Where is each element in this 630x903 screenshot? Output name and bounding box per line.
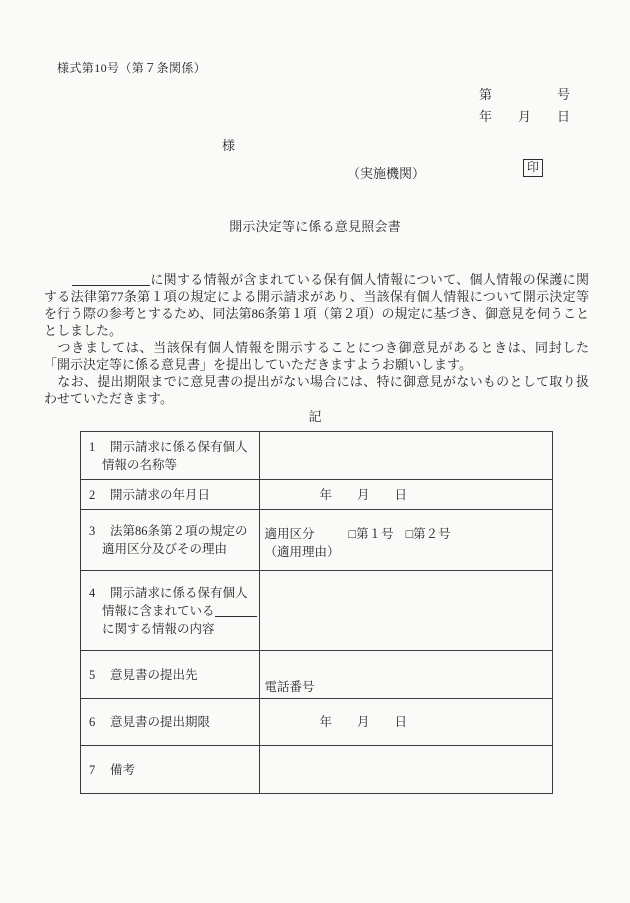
- row-3-label: 3法第86条第２項の規定の 適用区分及びその理由: [81, 519, 259, 561]
- row-number: 1: [89, 438, 110, 456]
- addressee-honorific: 様: [222, 135, 235, 154]
- form-number: 様式第10号（第７条関係）: [57, 59, 206, 76]
- row-label-line: 情報に含まれている: [102, 604, 215, 618]
- checkbox-option-no1: □第１号: [349, 527, 394, 541]
- table-row-4: 4開示請求に係る保有個人 情報に含まれている に関する情報の内容: [81, 571, 553, 651]
- row-1-value-empty: [259, 432, 552, 480]
- issue-date-line: 年 月 日: [479, 106, 570, 125]
- row-label-line: 備考: [110, 761, 135, 779]
- phone-number-label: 電話番号: [265, 678, 315, 696]
- row-4-label: 4開示請求に係る保有個人 情報に含まれている に関する情報の内容: [81, 581, 259, 641]
- row-label-line: 開示請求の年月日: [110, 486, 210, 504]
- body-paragraph-1: に関する情報が含まれている保有個人情報について、個人情報の保護に関する法律第77…: [44, 271, 589, 339]
- body-text: に関する情報が含まれている保有個人情報について、個人情報の保護に関する法律第77…: [44, 271, 589, 407]
- table-row-6: 6意見書の提出期限 年 月 日: [81, 699, 553, 746]
- row-label-line: に関する情報の内容: [89, 620, 257, 638]
- row-label-line: 開示請求に係る保有個人: [110, 438, 248, 456]
- row-label-line: 開示請求に係る保有個人: [110, 584, 248, 602]
- application-category-line: 適用区分□第１号□第２号: [265, 525, 548, 543]
- row-label-line: 情報の名称等: [89, 456, 257, 474]
- row-5-label: 5意見書の提出先: [81, 663, 259, 687]
- document-page: 様式第10号（第７条関係） 第 号 年 月 日 様 （実施機関） 印 開示決定等…: [0, 0, 630, 903]
- fill-in-blank-underline: [72, 285, 150, 286]
- row-number: 7: [89, 761, 110, 779]
- table-row-5: 5意見書の提出先 電話番号: [81, 651, 553, 699]
- issuing-agency-label: （実施機関）: [347, 163, 425, 182]
- row-number: 6: [89, 713, 110, 731]
- fill-in-blank-underline: [215, 616, 257, 617]
- row-6-label: 6意見書の提出期限: [81, 710, 259, 734]
- application-reason-label: （適用理由）: [265, 543, 548, 561]
- category-label: 適用区分: [265, 527, 315, 541]
- row-label-line: 意見書の提出先: [110, 666, 198, 684]
- deadline-date-placeholder: 年 月 日: [259, 699, 552, 746]
- body-paragraph-3: なお、提出期限までに意見書の提出がない場合には、特に御意見がないものとして取り扱…: [44, 373, 589, 407]
- checkbox-option-no2: □第２号: [406, 527, 451, 541]
- row-4-value-empty: [259, 571, 552, 651]
- row-2-label: 2開示請求の年月日: [81, 483, 259, 507]
- request-date-placeholder: 年 月 日: [259, 480, 552, 510]
- row-label-line: 適用区分及びその理由: [89, 540, 257, 558]
- body-paragraph-2: つきましては、当該保有個人情報を開示することにつき御意見があるときは、同封した「…: [44, 339, 589, 373]
- row-label-line: 法第86条第２項の規定の: [110, 522, 248, 540]
- seal-stamp: 印: [523, 159, 543, 177]
- row-number: 5: [89, 666, 110, 684]
- table-row-2: 2開示請求の年月日 年 月 日: [81, 480, 553, 510]
- row-label-line: 意見書の提出期限: [110, 713, 210, 731]
- row-number: 4: [89, 584, 110, 602]
- row-number: 3: [89, 522, 110, 540]
- row-7-value-empty: [259, 746, 552, 794]
- document-title: 開示決定等に係る意見照会書: [0, 216, 630, 235]
- body-paragraph-1-text: に関する情報が含まれている保有個人情報について、個人情報の保護に関する法律第77…: [44, 272, 589, 338]
- row-1-label: 1開示請求に係る保有個人 情報の名称等: [81, 435, 259, 477]
- record-heading: 記: [0, 406, 630, 425]
- disclosure-form-table: 1開示請求に係る保有個人 情報の名称等 2開示請求の年月日 年 月 日 3法第8…: [80, 431, 553, 794]
- document-number-line: 第 号: [479, 84, 570, 103]
- row-number: 2: [89, 486, 110, 504]
- table-row-7: 7備考: [81, 746, 553, 794]
- table-row-3: 3法第86条第２項の規定の 適用区分及びその理由 適用区分□第１号□第２号 （適…: [81, 510, 553, 571]
- row-7-label: 7備考: [81, 758, 259, 782]
- table-row-1: 1開示請求に係る保有個人 情報の名称等: [81, 432, 553, 480]
